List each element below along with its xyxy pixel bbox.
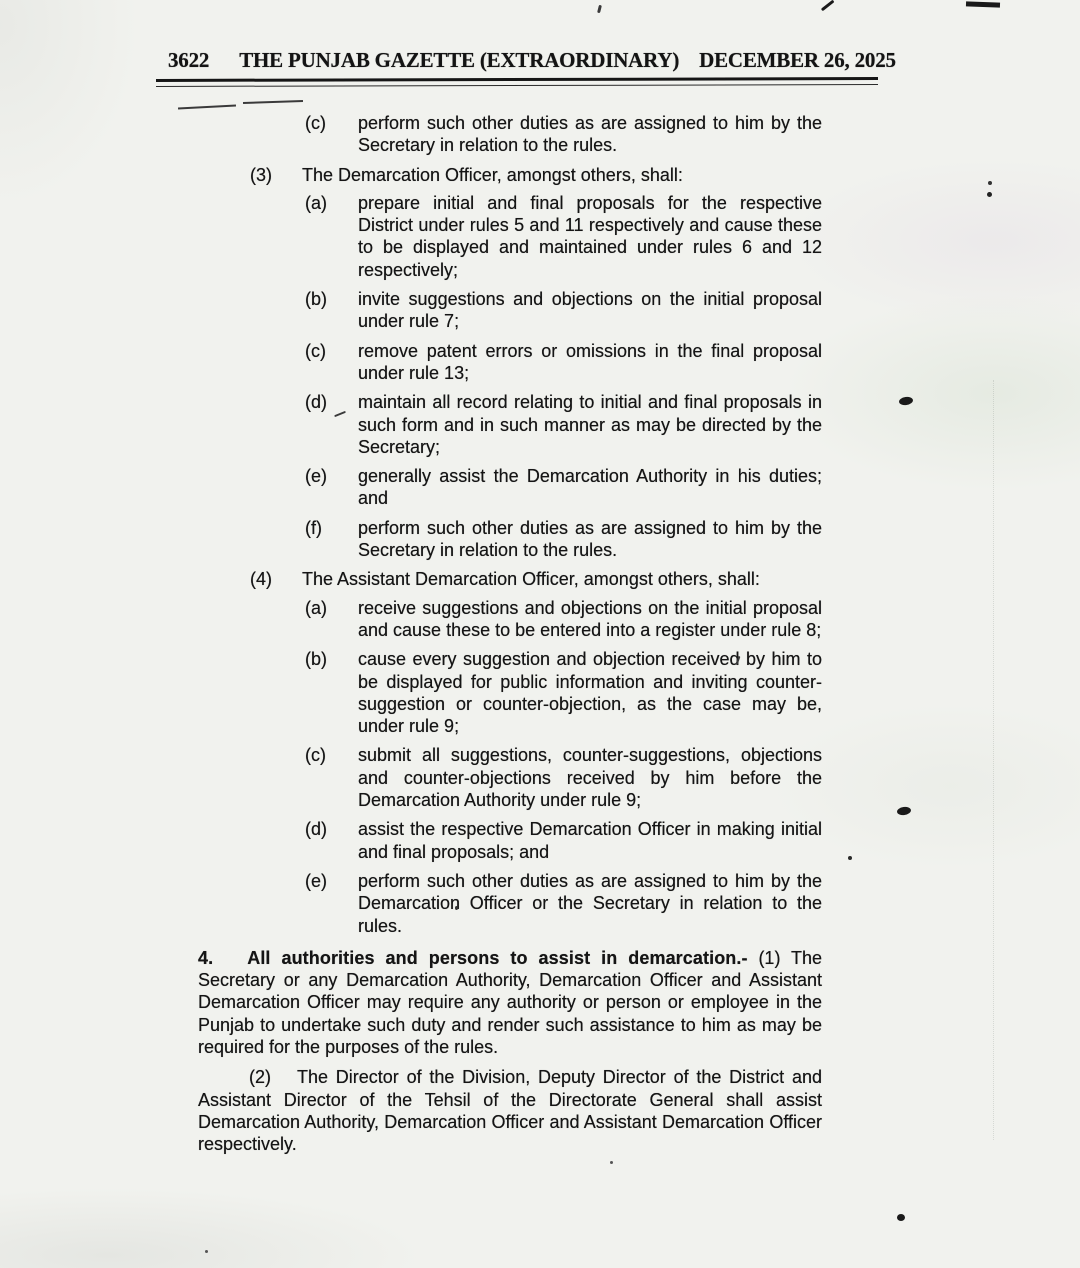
item-text: prepare initial and final proposals for … xyxy=(358,193,822,280)
scan-mark-dash-2 xyxy=(243,100,303,104)
item-label: (c) xyxy=(305,744,326,766)
item-text: remove patent errors or omissions in the… xyxy=(358,341,822,383)
scan-mark-blob-1 xyxy=(899,396,914,406)
item-text: assist the respective Demarcation Office… xyxy=(358,819,822,861)
item-label: (d) xyxy=(305,818,327,840)
scan-mark-dash-1 xyxy=(178,104,236,109)
clause-heading-text: The Demarcation Officer, amongst others,… xyxy=(302,165,683,185)
list-item: (d) maintain all record relating to init… xyxy=(198,391,822,458)
clause-label: (4) xyxy=(250,568,272,590)
scan-mark-speck-2 xyxy=(987,192,992,197)
item-text: perform such other duties as are assigne… xyxy=(358,871,822,936)
scan-mark-speck-6 xyxy=(205,1250,208,1253)
header-rule xyxy=(156,77,878,87)
list-item-carryover-c: (c) perform such other duties as are ass… xyxy=(198,112,822,157)
scan-mark-speck-5 xyxy=(610,1161,613,1164)
page-number: 3622 xyxy=(168,48,209,73)
list-item: (f) perform such other duties as are ass… xyxy=(198,517,822,562)
item-text: perform such other duties as are assigne… xyxy=(358,113,822,155)
item-label: (c) xyxy=(305,340,326,362)
scan-fold-line xyxy=(993,380,994,1140)
list-item: (d) assist the respective Demarcation Of… xyxy=(198,818,822,863)
item-label: (c) xyxy=(305,112,326,134)
scan-mark-blob-2 xyxy=(897,806,912,816)
list-item: (a) receive suggestions and objections o… xyxy=(198,597,822,642)
paragraph-text: The Director of the Division, Deputy Dir… xyxy=(198,1067,822,1154)
scan-mark-dot-bottom xyxy=(897,1214,905,1221)
scan-mark-speck-4 xyxy=(455,906,458,910)
item-label: (a) xyxy=(305,192,327,214)
item-label: (f) xyxy=(305,517,322,539)
clause-heading-text: The Assistant Demarcation Officer, among… xyxy=(302,569,760,589)
gazette-date: DECEMBER 26, 2025 xyxy=(699,48,896,73)
item-text: cause every suggestion and objection rec… xyxy=(358,649,822,736)
clause-label: (3) xyxy=(250,164,272,186)
item-label: (b) xyxy=(305,648,327,670)
item-text: submit all suggestions, counter-suggesti… xyxy=(358,745,822,810)
scan-mark-pen-stroke xyxy=(821,0,834,11)
item-text: generally assist the Demarcation Authori… xyxy=(358,466,822,508)
item-label: (d) xyxy=(305,391,327,413)
list-item: (e) perform such other duties as are ass… xyxy=(198,870,822,937)
item-label: (e) xyxy=(305,465,327,487)
item-label: (e) xyxy=(305,870,327,892)
clause-3-heading: (3) The Demarcation Officer, amongst oth… xyxy=(198,164,822,186)
section-number: 4. xyxy=(198,948,213,968)
list-item: (e) generally assist the Demarcation Aut… xyxy=(198,465,822,510)
item-text: invite suggestions and objections on the… xyxy=(358,289,822,331)
item-label: (b) xyxy=(305,288,327,310)
paragraph-label: (2) xyxy=(249,1067,271,1087)
list-item: (b) invite suggestions and objections on… xyxy=(198,288,822,333)
scan-mark-speck-3 xyxy=(848,856,852,860)
gazette-title: THE PUNJAB GAZETTE (EXTRAORDINARY) xyxy=(239,48,679,72)
scan-mark-speck-1 xyxy=(988,181,992,185)
scan-mark-apostrophe xyxy=(597,5,602,13)
list-item: (c) submit all suggestions, counter-sugg… xyxy=(198,744,822,811)
item-text: perform such other duties as are assigne… xyxy=(358,518,822,560)
item-label: (a) xyxy=(305,597,327,619)
section-heading: All authorities and persons to assist in… xyxy=(247,948,747,968)
item-text: maintain all record relating to initial … xyxy=(358,392,822,457)
item-text: receive suggestions and objections on th… xyxy=(358,598,822,640)
list-item: (a) prepare initial and final proposals … xyxy=(198,192,822,281)
sub-number: (1) xyxy=(758,948,780,968)
clause-4-heading: (4) The Assistant Demarcation Officer, a… xyxy=(198,568,822,590)
scan-mark-top-edge xyxy=(966,1,1000,7)
document-body: (c) perform such other duties as are ass… xyxy=(198,112,822,1163)
list-item: (c) remove patent errors or omissions in… xyxy=(198,340,822,385)
list-item: (b) cause every suggestion and objection… xyxy=(198,648,822,737)
gazette-page: 3622THE PUNJAB GAZETTE (EXTRAORDINARY)DE… xyxy=(0,0,1080,1268)
section-4-paragraph-2: (2)The Director of the Division, Deputy … xyxy=(198,1066,822,1155)
section-4-paragraph-1: 4.All authorities and persons to assist … xyxy=(198,947,822,1058)
page-header: 3622THE PUNJAB GAZETTE (EXTRAORDINARY)DE… xyxy=(168,48,828,73)
